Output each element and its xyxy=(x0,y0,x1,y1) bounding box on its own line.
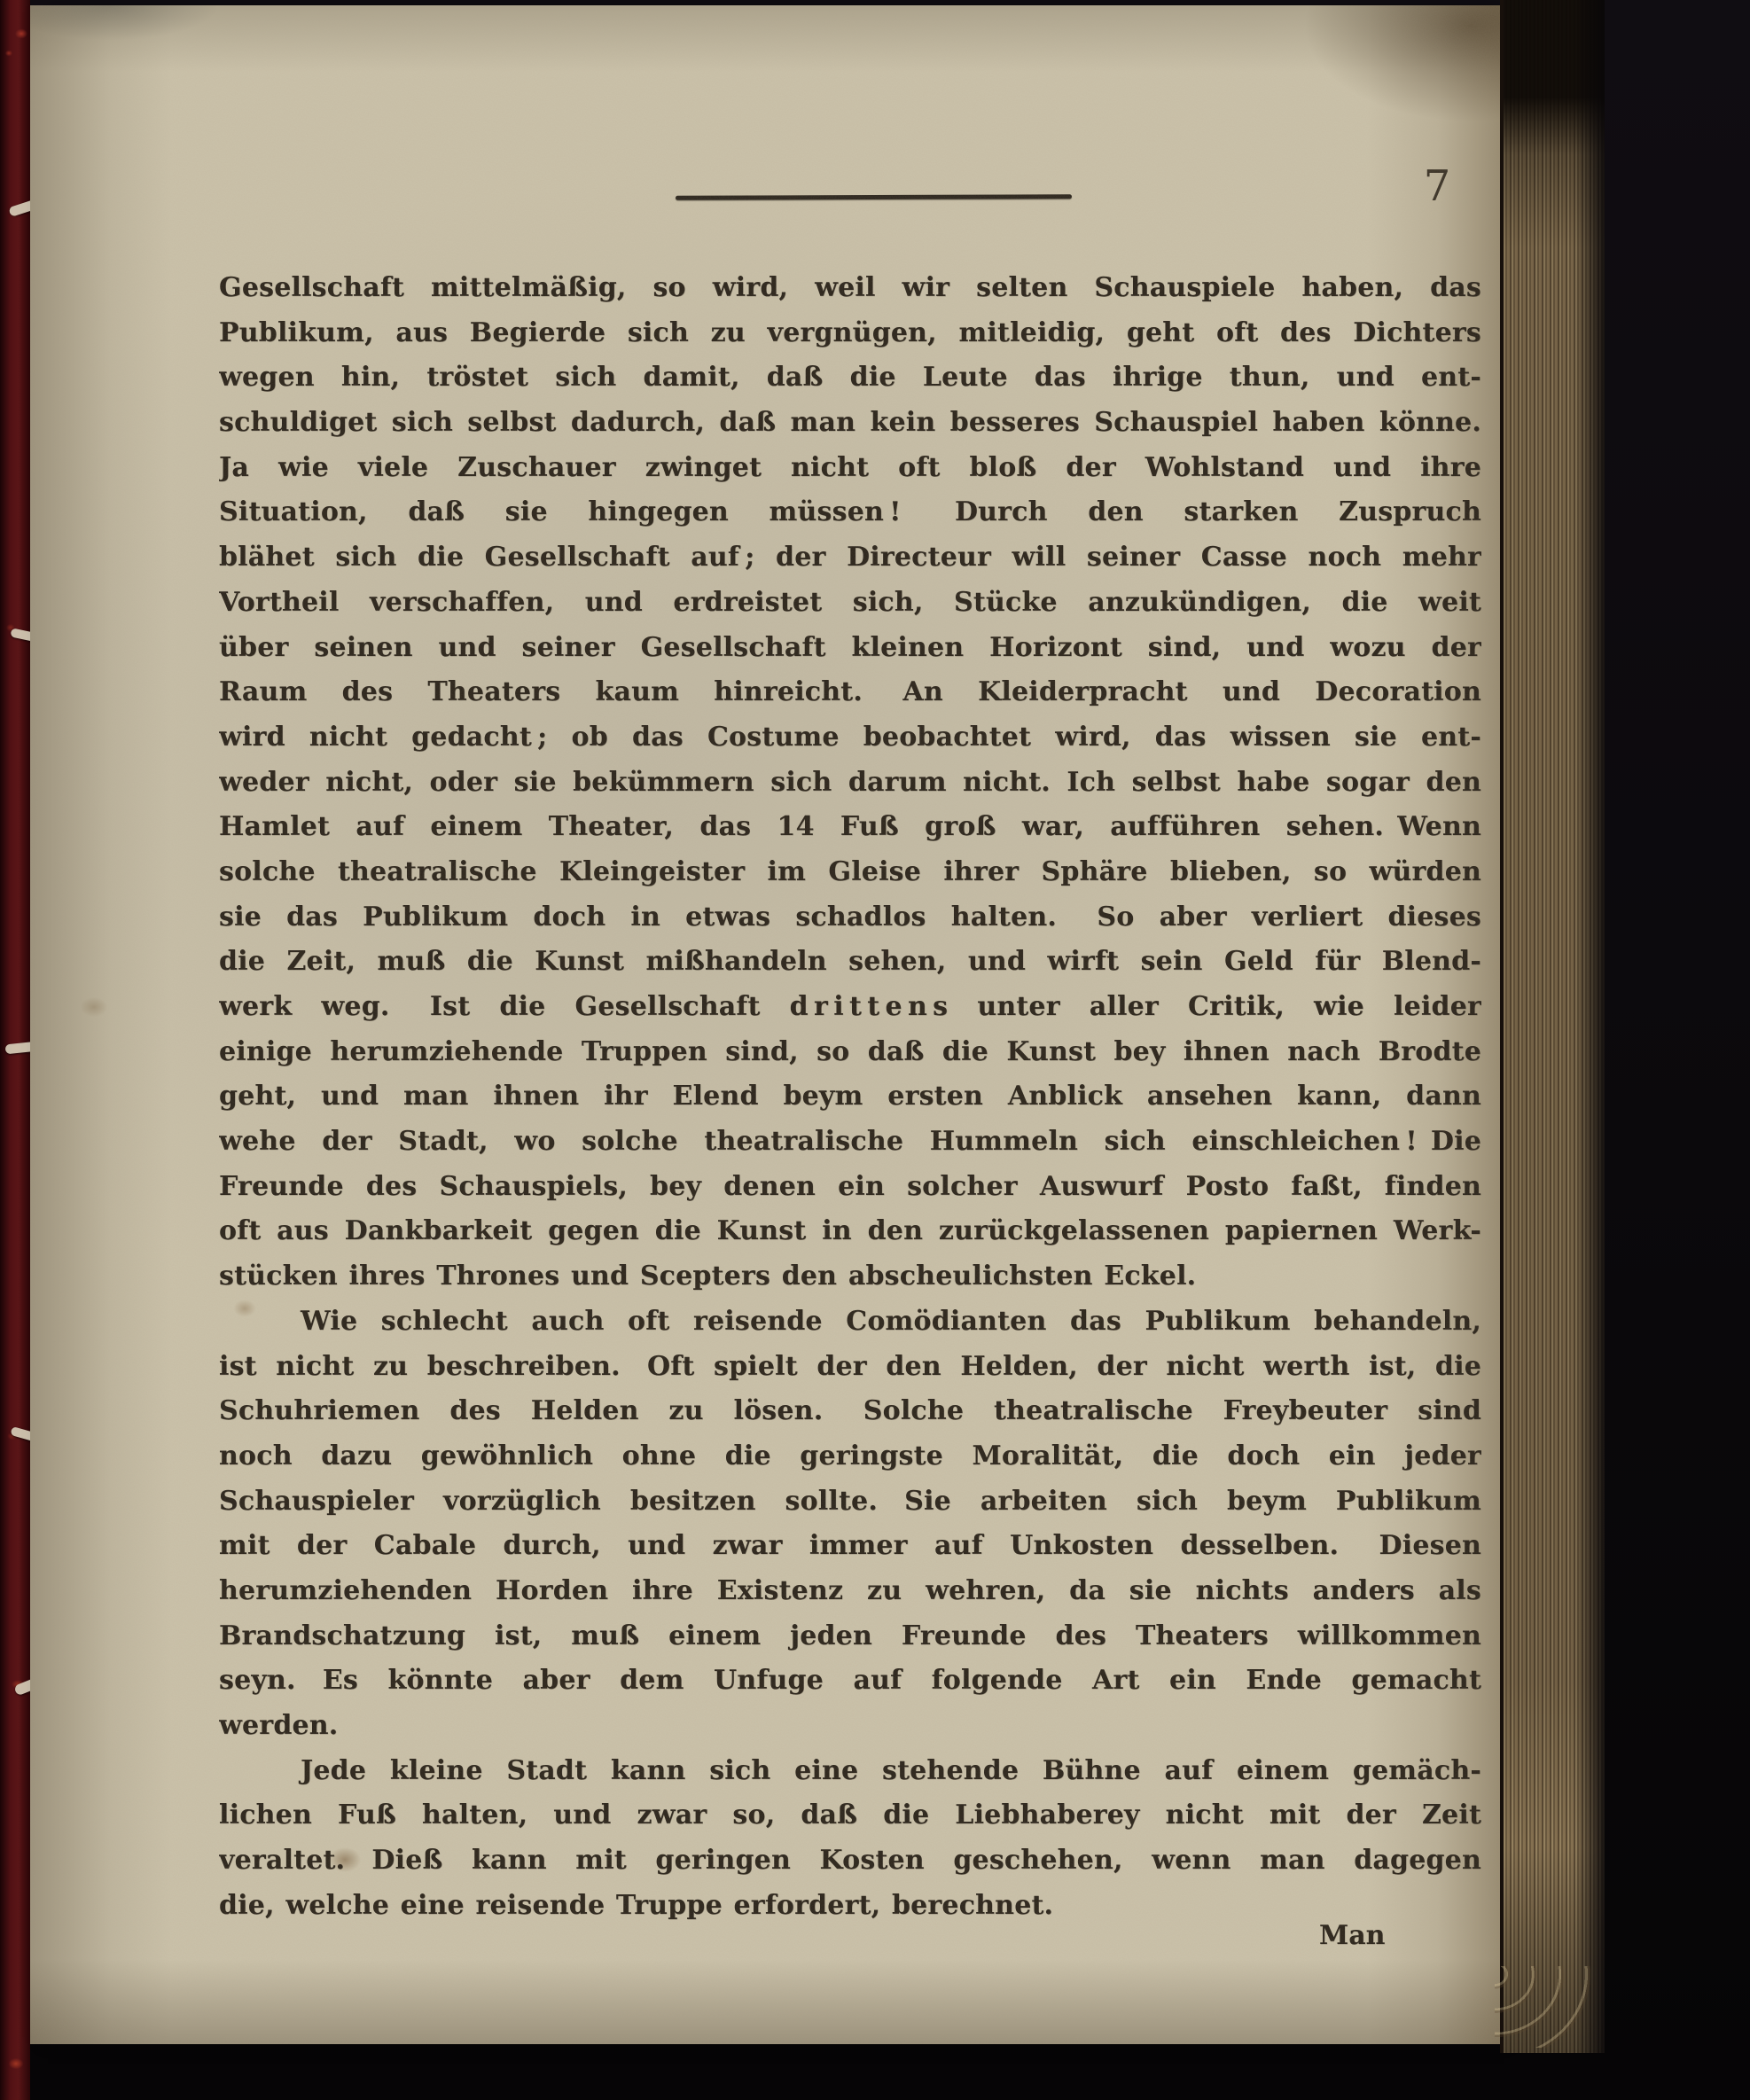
book-page: 7 Gesellschaft mittelmäßig, so wird, wei… xyxy=(30,5,1500,2044)
text-line: lichen Fuß halten, und zwar so, daß die … xyxy=(219,1793,1481,1838)
text-line: Situation, daß sie hingegen müssen ! Dur… xyxy=(219,490,1481,535)
text-line: herumziehenden Horden ihre Existenz zu w… xyxy=(219,1569,1481,1614)
text-line: wehe der Stadt, wo solche theatralische … xyxy=(219,1120,1481,1165)
fore-edge-pages xyxy=(1500,0,1605,2053)
text-line: geht, und man ihnen ihr Elend beym erste… xyxy=(219,1074,1481,1120)
text-line: Freunde des Schauspiels, bey denen ein s… xyxy=(219,1165,1481,1210)
text-line: solche theatralische Kleingeister im Gle… xyxy=(219,850,1481,895)
text-line: noch dazu gewöhnlich ohne die geringste … xyxy=(219,1434,1481,1479)
paragraph: Gesellschaft mittelmäßig, so wird, weil … xyxy=(219,266,1481,1300)
text-line: werk weg. Ist die Gesellschaft d r i t t… xyxy=(219,985,1481,1030)
text-line: veraltet. Dieß kann mit geringen Kosten … xyxy=(219,1838,1481,1884)
text-line: oft aus Dankbarkeit gegen die Kunst in d… xyxy=(219,1209,1481,1254)
text-line: blähet sich die Gesellschaft auf ; der D… xyxy=(219,535,1481,581)
text-line: Wie schlecht auch oft reisende Comödiant… xyxy=(219,1300,1481,1345)
text-line: Schuhriemen des Helden zu lösen. Solche … xyxy=(219,1389,1481,1434)
text-line: werden. xyxy=(219,1704,1481,1749)
text-line: seyn. Es könnte aber dem Unfuge auf folg… xyxy=(219,1659,1481,1704)
text-line: einige herumziehende Truppen sind, so da… xyxy=(219,1030,1481,1075)
text-line: schuldiget sich selbst dadurch, daß man … xyxy=(219,401,1481,446)
text-line: die, welche eine reisende Truppe erforde… xyxy=(219,1884,1481,1929)
paragraph: Wie schlecht auch oft reisende Comödiant… xyxy=(219,1300,1481,1749)
text-line: Gesellschaft mittelmäßig, so wird, weil … xyxy=(219,266,1481,311)
text-line: wird nicht gedacht ; ob das Costume beob… xyxy=(219,715,1481,761)
text-line: Schauspieler vorzüglich besitzen sollte.… xyxy=(219,1479,1481,1525)
text-line: wegen hin, tröstet sich damit, daß die L… xyxy=(219,355,1481,401)
text-line: Ja wie viele Zuschauer zwinget nicht oft… xyxy=(219,446,1481,491)
text-line: mit der Cabale durch, und zwar immer auf… xyxy=(219,1524,1481,1569)
text-line: die Zeit, muß die Kunst mißhandeln sehen… xyxy=(219,940,1481,985)
text-line: Publikum, aus Begierde sich zu vergnügen… xyxy=(219,311,1481,356)
page-number: 7 xyxy=(1406,161,1468,211)
text-line: ist nicht zu beschreiben. Oft spielt der… xyxy=(219,1345,1481,1390)
paragraph: Jede kleine Stadt kann sich eine stehend… xyxy=(219,1749,1481,1929)
catchword: Man xyxy=(1319,1920,1479,1951)
text-line: sie das Publikum doch in etwas schadlos … xyxy=(219,895,1481,941)
text-line: Vortheil verschaffen, und erdreistet sic… xyxy=(219,581,1481,626)
text-line: Brandschatzung ist, muß einem jeden Freu… xyxy=(219,1614,1481,1659)
book-scan: 7 Gesellschaft mittelmäßig, so wird, wei… xyxy=(0,0,1750,2100)
divider-rule xyxy=(676,194,1072,200)
text-line: weder nicht, oder sie bekümmern sich dar… xyxy=(219,761,1481,806)
text-line: Raum des Theaters kaum hinreicht. An Kle… xyxy=(219,670,1481,715)
text-line: Hamlet auf einem Theater, das 14 Fuß gro… xyxy=(219,805,1481,850)
text-block: Gesellschaft mittelmäßig, so wird, weil … xyxy=(219,266,1481,1928)
text-line: stücken ihres Thrones und Scepters den a… xyxy=(219,1254,1481,1300)
text-line: Jede kleine Stadt kann sich eine stehend… xyxy=(219,1749,1481,1794)
text-line: über seinen und seiner Gesellschaft klei… xyxy=(219,626,1481,671)
